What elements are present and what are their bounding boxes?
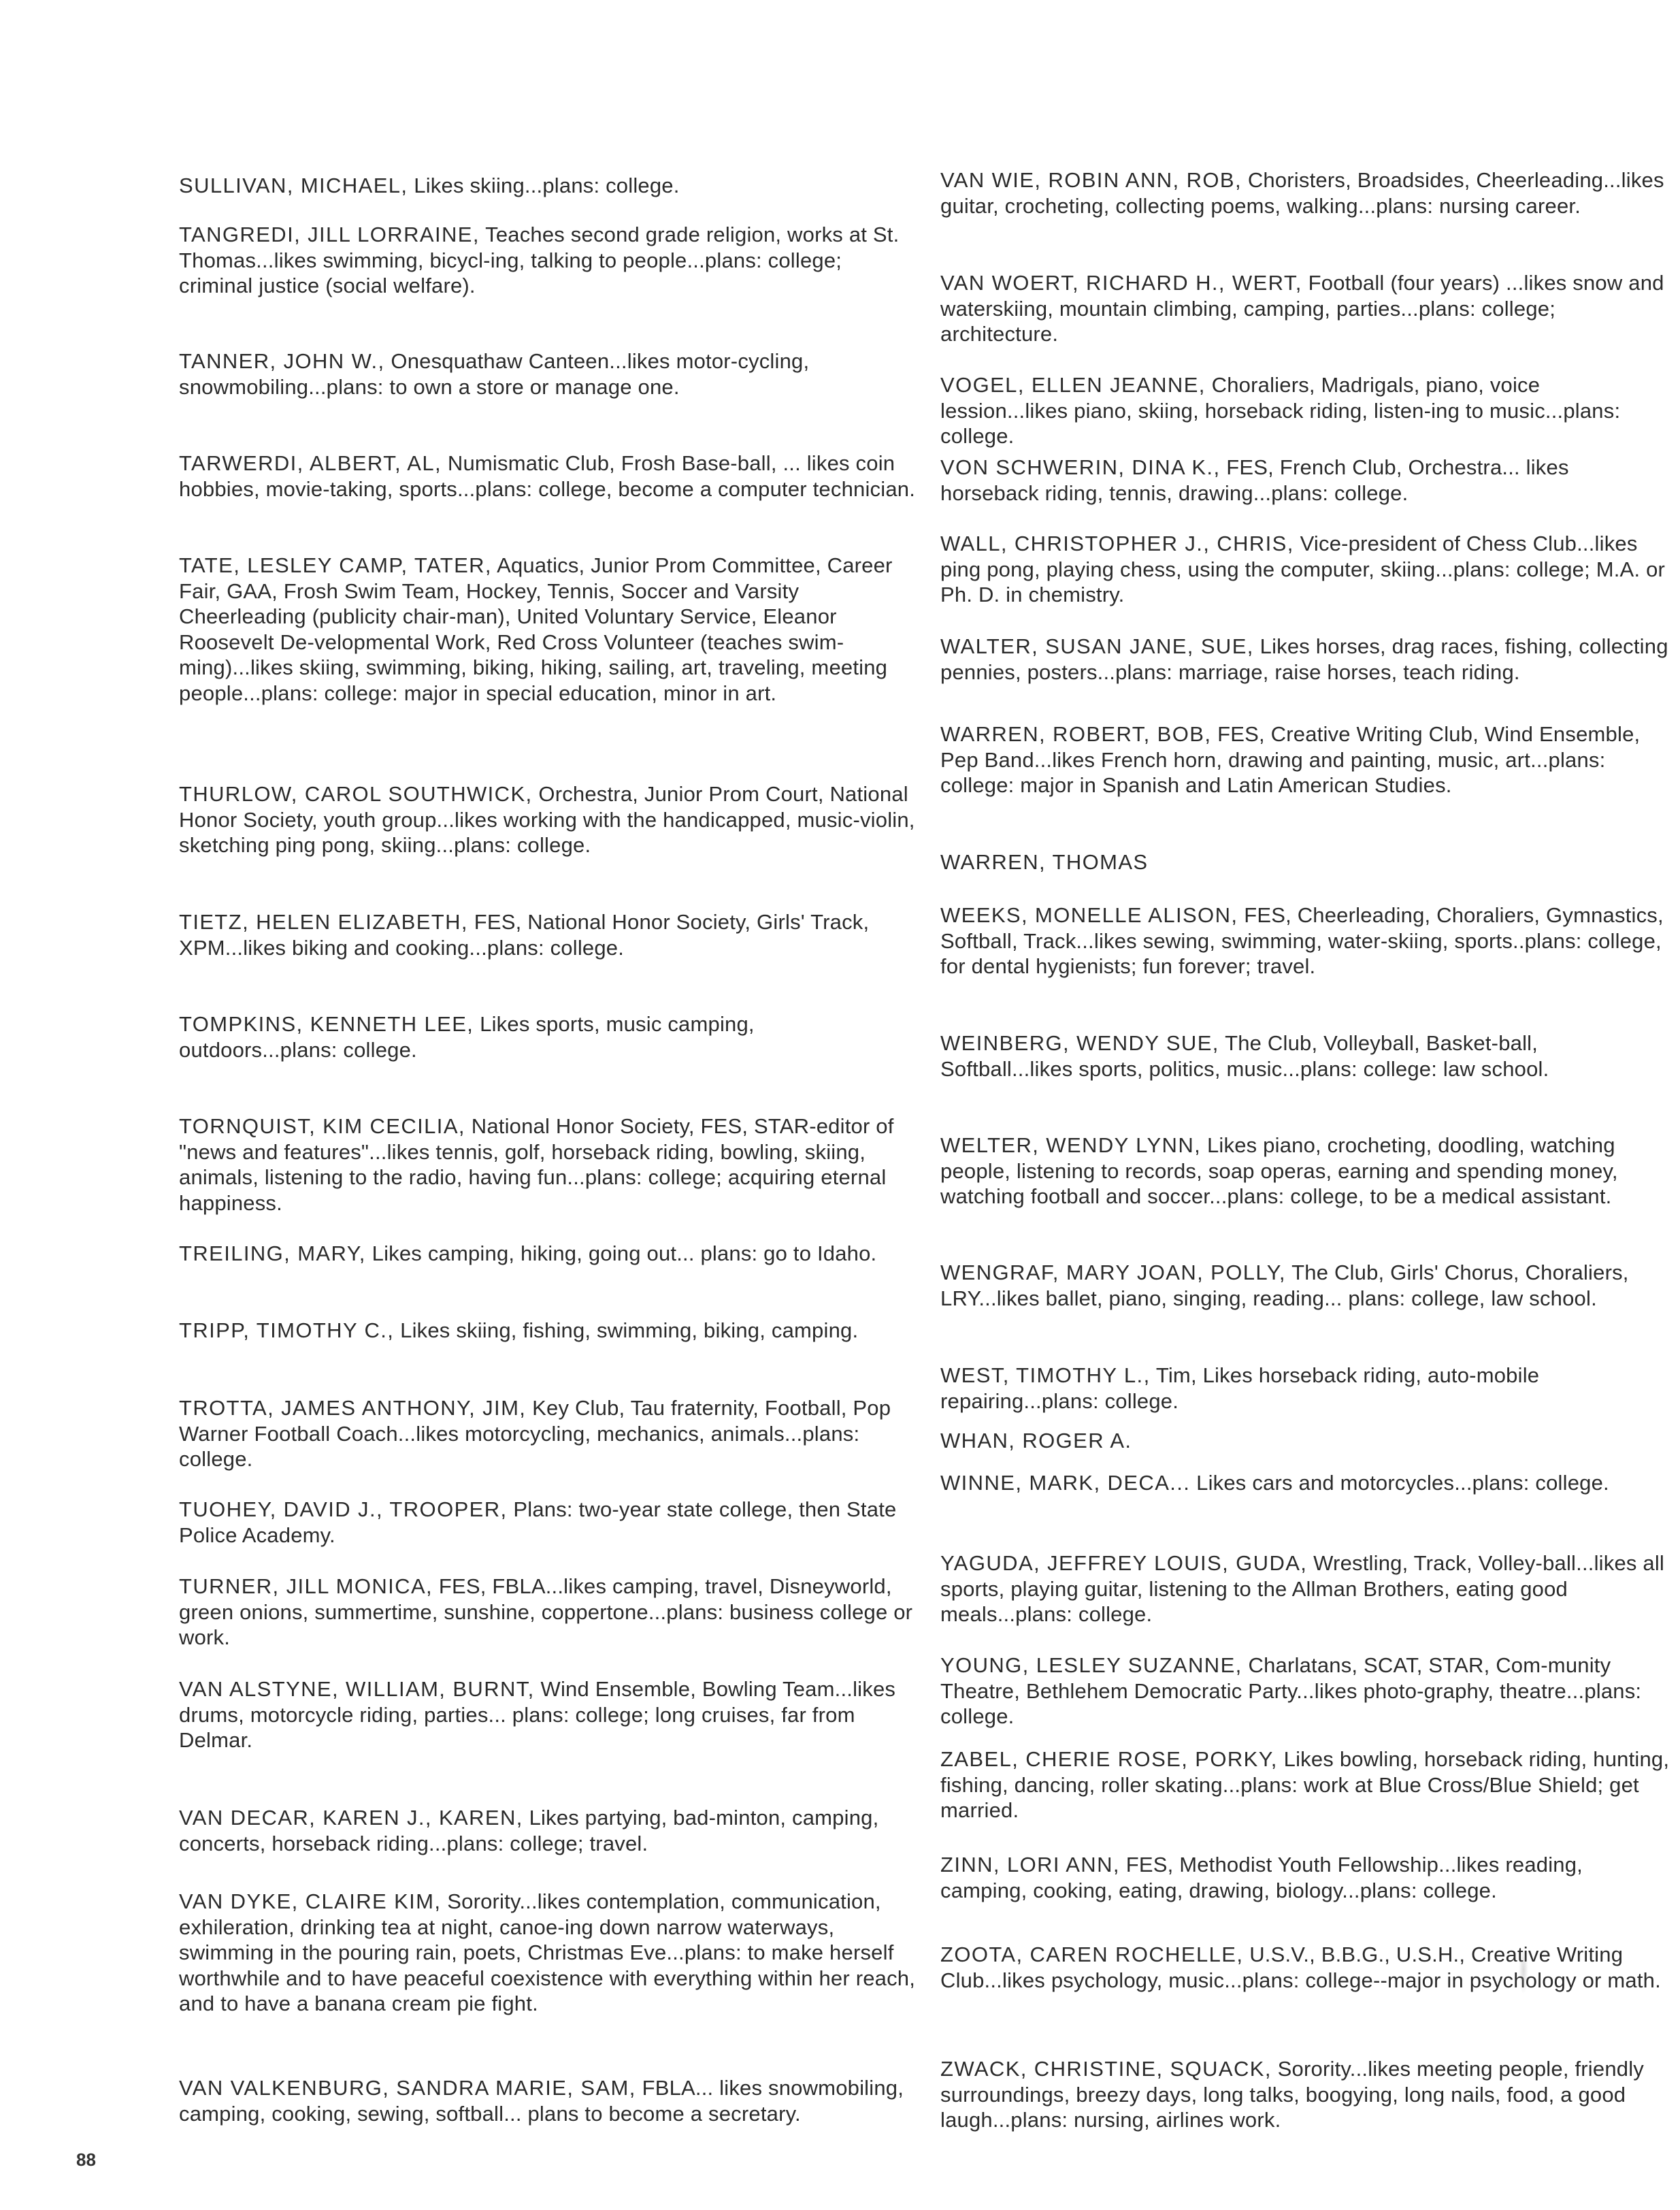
- student-name: TRIPP, TIMOTHY C.,: [179, 1318, 394, 1342]
- student-name: ZINN, LORI ANN,: [940, 1853, 1120, 1876]
- senior-entry: WALL, CHRISTOPHER J., CHRIS, Vice-presid…: [940, 531, 1672, 608]
- yearbook-page: SULLIVAN, MICHAEL, Likes skiing...plans:…: [0, 0, 1680, 2210]
- student-name: ZWACK, CHRISTINE, SQUACK,: [940, 2057, 1272, 2081]
- senior-entry: VAN DYKE, CLAIRE KIM, Sorority...likes c…: [179, 1889, 917, 2017]
- student-name: WALL, CHRISTOPHER J., CHRIS,: [940, 532, 1294, 555]
- student-name: TIETZ, HELEN ELIZABETH,: [179, 910, 468, 934]
- senior-entry: YAGUDA, JEFFREY LOUIS, GUDA, Wrestling, …: [940, 1550, 1672, 1627]
- senior-entry: WARREN, ROBERT, BOB, FES, Creative Writi…: [940, 721, 1672, 798]
- student-name: WINNE, MARK, DECA...: [940, 1471, 1190, 1495]
- senior-entry: TORNQUIST, KIM CECILIA, National Honor S…: [179, 1114, 917, 1216]
- student-name: ZABEL, CHERIE ROSE, PORKY,: [940, 1747, 1278, 1771]
- student-name: TROTTA, JAMES ANTHONY, JIM,: [179, 1396, 526, 1420]
- senior-entry: ZWACK, CHRISTINE, SQUACK, Sorority...lik…: [940, 2056, 1672, 2133]
- student-name: WARREN, ROBERT, BOB,: [940, 722, 1211, 746]
- student-name: VAN WIE, ROBIN ANN, ROB,: [940, 168, 1242, 192]
- student-name: TATE, LESLEY CAMP, TATER,: [179, 553, 492, 577]
- senior-entry: VAN WIE, ROBIN ANN, ROB, Choristers, Bro…: [940, 167, 1672, 218]
- student-name: TOMPKINS, KENNETH LEE,: [179, 1012, 474, 1036]
- student-name: VOGEL, ELLEN JEANNE,: [940, 373, 1206, 397]
- senior-entry: WINNE, MARK, DECA... Likes cars and moto…: [940, 1470, 1672, 1496]
- left-column: SULLIVAN, MICHAEL, Likes skiing...plans:…: [179, 0, 917, 2210]
- senior-entry: TURNER, JILL MONICA, FES, FBLA...likes c…: [179, 1574, 917, 1651]
- student-name: WARREN, THOMAS: [940, 850, 1149, 874]
- student-name: WEEKS, MONELLE ALISON,: [940, 903, 1238, 927]
- student-activities: Likes camping, hiking, going out... plan…: [372, 1241, 877, 1265]
- senior-entry: ZABEL, CHERIE ROSE, PORKY, Likes bowling…: [940, 1746, 1672, 1823]
- senior-entry: TANGREDI, JILL LORRAINE, Teaches second …: [179, 222, 917, 299]
- senior-entry: VOGEL, ELLEN JEANNE, Choraliers, Madriga…: [940, 372, 1672, 449]
- right-column: VAN WIE, ROBIN ANN, ROB, Choristers, Bro…: [940, 0, 1672, 2210]
- senior-entry: VAN VALKENBURG, SANDRA MARIE, SAM, FBLA.…: [179, 2075, 917, 2126]
- student-activities: Likes skiing, fishing, swimming, biking,…: [400, 1318, 858, 1342]
- student-name: TANGREDI, JILL LORRAINE,: [179, 223, 480, 246]
- student-activities: Likes skiing...plans: college.: [414, 174, 679, 197]
- senior-entry: WARREN, THOMAS: [940, 849, 1672, 875]
- senior-entry: WEEKS, MONELLE ALISON, FES, Cheerleading…: [940, 903, 1672, 979]
- student-name: TARWERDI, ALBERT, AL,: [179, 451, 442, 475]
- senior-entry: ZINN, LORI ANN, FES, Methodist Youth Fel…: [940, 1852, 1672, 1903]
- senior-entry: VAN DECAR, KAREN J., KAREN, Likes partyi…: [179, 1805, 917, 1856]
- senior-entry: WHAN, ROGER A.: [940, 1428, 1672, 1454]
- senior-entry: TROTTA, JAMES ANTHONY, JIM, Key Club, Ta…: [179, 1395, 917, 1472]
- senior-entry: WALTER, SUSAN JANE, SUE, Likes horses, d…: [940, 634, 1672, 685]
- student-name: VAN ALSTYNE, WILLIAM, BURNT,: [179, 1677, 535, 1701]
- senior-entry: TARWERDI, ALBERT, AL, Numismatic Club, F…: [179, 451, 917, 502]
- senior-entry: TOMPKINS, KENNETH LEE, Likes sports, mus…: [179, 1011, 917, 1062]
- senior-entry: TANNER, JOHN W., Onesquathaw Canteen...l…: [179, 348, 917, 400]
- student-name: WEST, TIMOTHY L.,: [940, 1363, 1151, 1387]
- senior-entry: WEST, TIMOTHY L., Tim, Likes horseback r…: [940, 1363, 1672, 1414]
- page-number: 88: [76, 2149, 96, 2171]
- student-name: VAN VALKENBURG, SANDRA MARIE, SAM,: [179, 2076, 636, 2100]
- student-name: TREILING, MARY,: [179, 1241, 366, 1265]
- senior-entry: WELTER, WENDY LYNN, Likes piano, crochet…: [940, 1133, 1672, 1209]
- senior-entry: WENGRAF, MARY JOAN, POLLY, The Club, Gir…: [940, 1260, 1672, 1311]
- student-name: TORNQUIST, KIM CECILIA,: [179, 1114, 465, 1138]
- senior-entry: TRIPP, TIMOTHY C., Likes skiing, fishing…: [179, 1318, 917, 1344]
- senior-entry: THURLOW, CAROL SOUTHWICK, Orchestra, Jun…: [179, 781, 917, 858]
- student-name: WENGRAF, MARY JOAN, POLLY,: [940, 1261, 1286, 1284]
- student-name: VAN DYKE, CLAIRE KIM,: [179, 1889, 441, 1913]
- senior-entry: ZOOTA, CAREN ROCHELLE, U.S.V., B.B.G., U…: [940, 1942, 1672, 1993]
- senior-entry: TATE, LESLEY CAMP, TATER, Aquatics, Juni…: [179, 553, 917, 706]
- student-name: WELTER, WENDY LYNN,: [940, 1133, 1201, 1157]
- senior-entry: WEINBERG, WENDY SUE, The Club, Volleybal…: [940, 1030, 1672, 1082]
- student-name: TURNER, JILL MONICA,: [179, 1574, 433, 1598]
- student-name: VON SCHWERIN, DINA K.,: [940, 455, 1220, 479]
- student-name: WALTER, SUSAN JANE, SUE,: [940, 634, 1254, 658]
- student-name: THURLOW, CAROL SOUTHWICK,: [179, 782, 533, 806]
- senior-entry: YOUNG, LESLEY SUZANNE, Charlatans, SCAT,…: [940, 1653, 1672, 1729]
- student-name: YAGUDA, JEFFREY LOUIS, GUDA,: [940, 1551, 1307, 1575]
- student-activities: Likes cars and motorcycles...plans: coll…: [1196, 1471, 1609, 1495]
- student-name: VAN WOERT, RICHARD H., WERT,: [940, 271, 1302, 295]
- senior-entry: VAN ALSTYNE, WILLIAM, BURNT, Wind Ensemb…: [179, 1676, 917, 1753]
- student-name: TUOHEY, DAVID J., TROOPER,: [179, 1497, 508, 1521]
- senior-entry: VAN WOERT, RICHARD H., WERT, Football (f…: [940, 270, 1672, 347]
- senior-entry: TUOHEY, DAVID J., TROOPER, Plans: two-ye…: [179, 1497, 917, 1548]
- student-name: TANNER, JOHN W.,: [179, 349, 385, 373]
- senior-entry: TREILING, MARY, Likes camping, hiking, g…: [179, 1241, 917, 1267]
- student-name: WEINBERG, WENDY SUE,: [940, 1031, 1219, 1055]
- student-name: SULLIVAN, MICHAEL,: [179, 174, 408, 197]
- senior-entry: TIETZ, HELEN ELIZABETH, FES, National Ho…: [179, 909, 917, 960]
- student-name: YOUNG, LESLEY SUZANNE,: [940, 1653, 1242, 1677]
- student-name: VAN DECAR, KAREN J., KAREN,: [179, 1806, 523, 1830]
- student-name: WHAN, ROGER A.: [940, 1429, 1132, 1452]
- print-smudge: [1519, 1947, 1528, 1994]
- student-name: ZOOTA, CAREN ROCHELLE,: [940, 1943, 1243, 1966]
- senior-entry: SULLIVAN, MICHAEL, Likes skiing...plans:…: [179, 173, 917, 199]
- senior-entry: VON SCHWERIN, DINA K., FES, French Club,…: [940, 455, 1672, 506]
